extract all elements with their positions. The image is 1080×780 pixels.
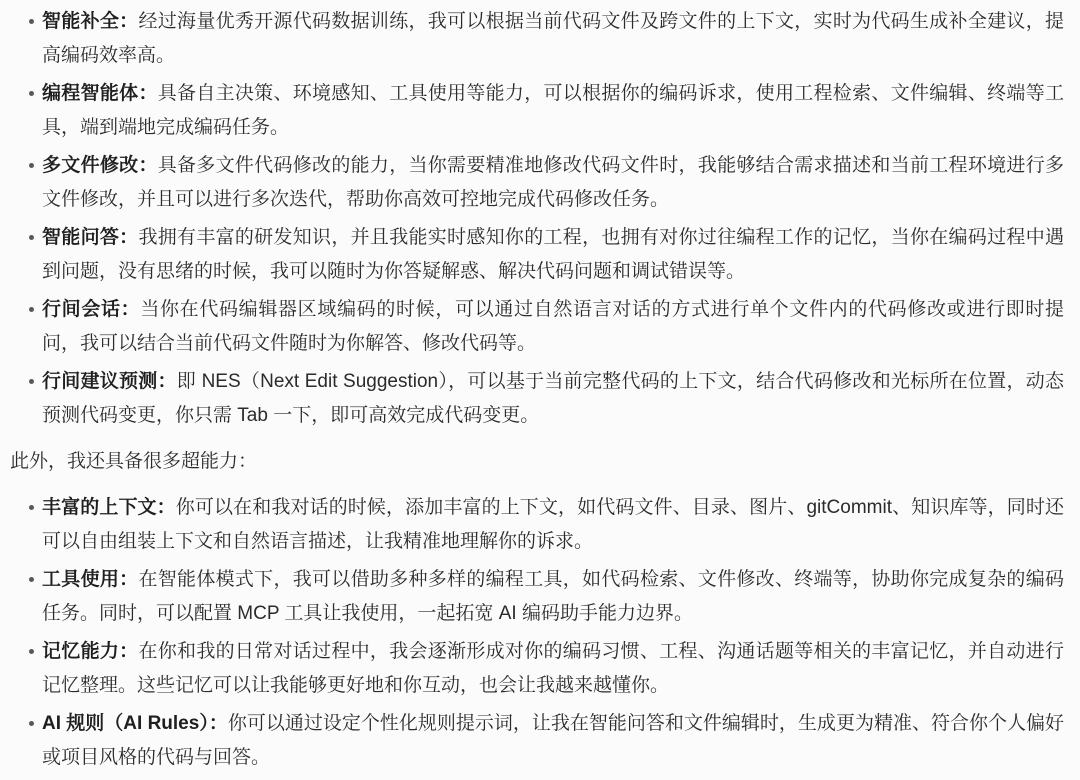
feature-title: 丰富的上下文： bbox=[42, 497, 176, 518]
feature-body: 经过海量优秀开源代码数据训练，我可以根据当前代码文件及跨文件的上下文，实时为代码… bbox=[42, 11, 1064, 66]
feature-title: 行间建议预测： bbox=[42, 371, 177, 392]
bullet-icon bbox=[29, 721, 34, 726]
feature-item: 智能补全：经过海量优秀开源代码数据训练，我可以根据当前代码文件及跨文件的上下文，… bbox=[10, 5, 1064, 73]
bullet-icon bbox=[29, 505, 34, 510]
feature-title: 智能问答： bbox=[42, 227, 138, 248]
feature-item: 行间会话：当你在代码编辑器区域编码的时候，可以通过自然语言对话的方式进行单个文件… bbox=[10, 293, 1064, 361]
interlude-paragraph: 此外，我还具备很多超能力： bbox=[10, 445, 1064, 479]
feature-title: 编程智能体： bbox=[42, 83, 158, 104]
bullet-icon bbox=[29, 379, 34, 384]
feature-body: 我拥有丰富的研发知识，并且我能实时感知你的工程，也拥有对你过往编程工作的记忆，当… bbox=[42, 227, 1064, 282]
feature-title: 行间会话： bbox=[42, 299, 140, 320]
bullet-icon bbox=[29, 649, 34, 654]
bullet-icon bbox=[29, 307, 34, 312]
feature-item: 记忆能力：在你和我的日常对话过程中，我会逐渐形成对你的编码习惯、工程、沟通话题等… bbox=[10, 635, 1064, 703]
feature-body: 当你在代码编辑器区域编码的时候，可以通过自然语言对话的方式进行单个文件内的代码修… bbox=[42, 299, 1064, 354]
feature-item: 行间建议预测：即 NES（Next Edit Suggestion），可以基于当… bbox=[10, 365, 1064, 433]
superpowers-list: 丰富的上下文：你可以在和我对话的时候，添加丰富的上下文，如代码文件、目录、图片、… bbox=[10, 491, 1064, 775]
feature-title: 智能补全： bbox=[42, 11, 138, 32]
feature-body: 你可以在和我对话的时候，添加丰富的上下文，如代码文件、目录、图片、gitComm… bbox=[42, 497, 1064, 552]
capabilities-list: 智能补全：经过海量优秀开源代码数据训练，我可以根据当前代码文件及跨文件的上下文，… bbox=[10, 5, 1064, 433]
feature-body: 具备多文件代码修改的能力，当你需要精准地修改代码文件时，我能够结合需求描述和当前… bbox=[42, 155, 1064, 210]
bullet-icon bbox=[29, 163, 34, 168]
feature-item: AI 规则（AI Rules）：你可以通过设定个性化规则提示词，让我在智能问答和… bbox=[10, 707, 1064, 775]
feature-item: 丰富的上下文：你可以在和我对话的时候，添加丰富的上下文，如代码文件、目录、图片、… bbox=[10, 491, 1064, 559]
feature-body: 在你和我的日常对话过程中，我会逐渐形成对你的编码习惯、工程、沟通话题等相关的丰富… bbox=[42, 641, 1064, 696]
feature-item: 编程智能体：具备自主决策、环境感知、工具使用等能力，可以根据你的编码诉求，使用工… bbox=[10, 77, 1064, 145]
feature-item: 智能问答：我拥有丰富的研发知识，并且我能实时感知你的工程，也拥有对你过往编程工作… bbox=[10, 221, 1064, 289]
feature-title: 多文件修改： bbox=[42, 155, 158, 176]
feature-item: 工具使用：在智能体模式下，我可以借助多种多样的编程工具，如代码检索、文件修改、终… bbox=[10, 563, 1064, 631]
document-page: { "page": { "background": "#fbfbfb", "te… bbox=[0, 0, 1080, 780]
bullet-icon bbox=[29, 19, 34, 24]
feature-body: 在智能体模式下，我可以借助多种多样的编程工具，如代码检索、文件修改、终端等，协助… bbox=[42, 569, 1064, 624]
bullet-icon bbox=[29, 577, 34, 582]
feature-title: 记忆能力： bbox=[42, 641, 138, 662]
bullet-icon bbox=[29, 91, 34, 96]
bullet-icon bbox=[29, 235, 34, 240]
feature-item: 多文件修改：具备多文件代码修改的能力，当你需要精准地修改代码文件时，我能够结合需… bbox=[10, 149, 1064, 217]
feature-body: 具备自主决策、环境感知、工具使用等能力，可以根据你的编码诉求，使用工程检索、文件… bbox=[42, 83, 1064, 138]
feature-body: 即 NES（Next Edit Suggestion），可以基于当前完整代码的上… bbox=[42, 371, 1064, 426]
feature-title: AI 规则（AI Rules）： bbox=[42, 713, 228, 734]
feature-title: 工具使用： bbox=[42, 569, 138, 590]
